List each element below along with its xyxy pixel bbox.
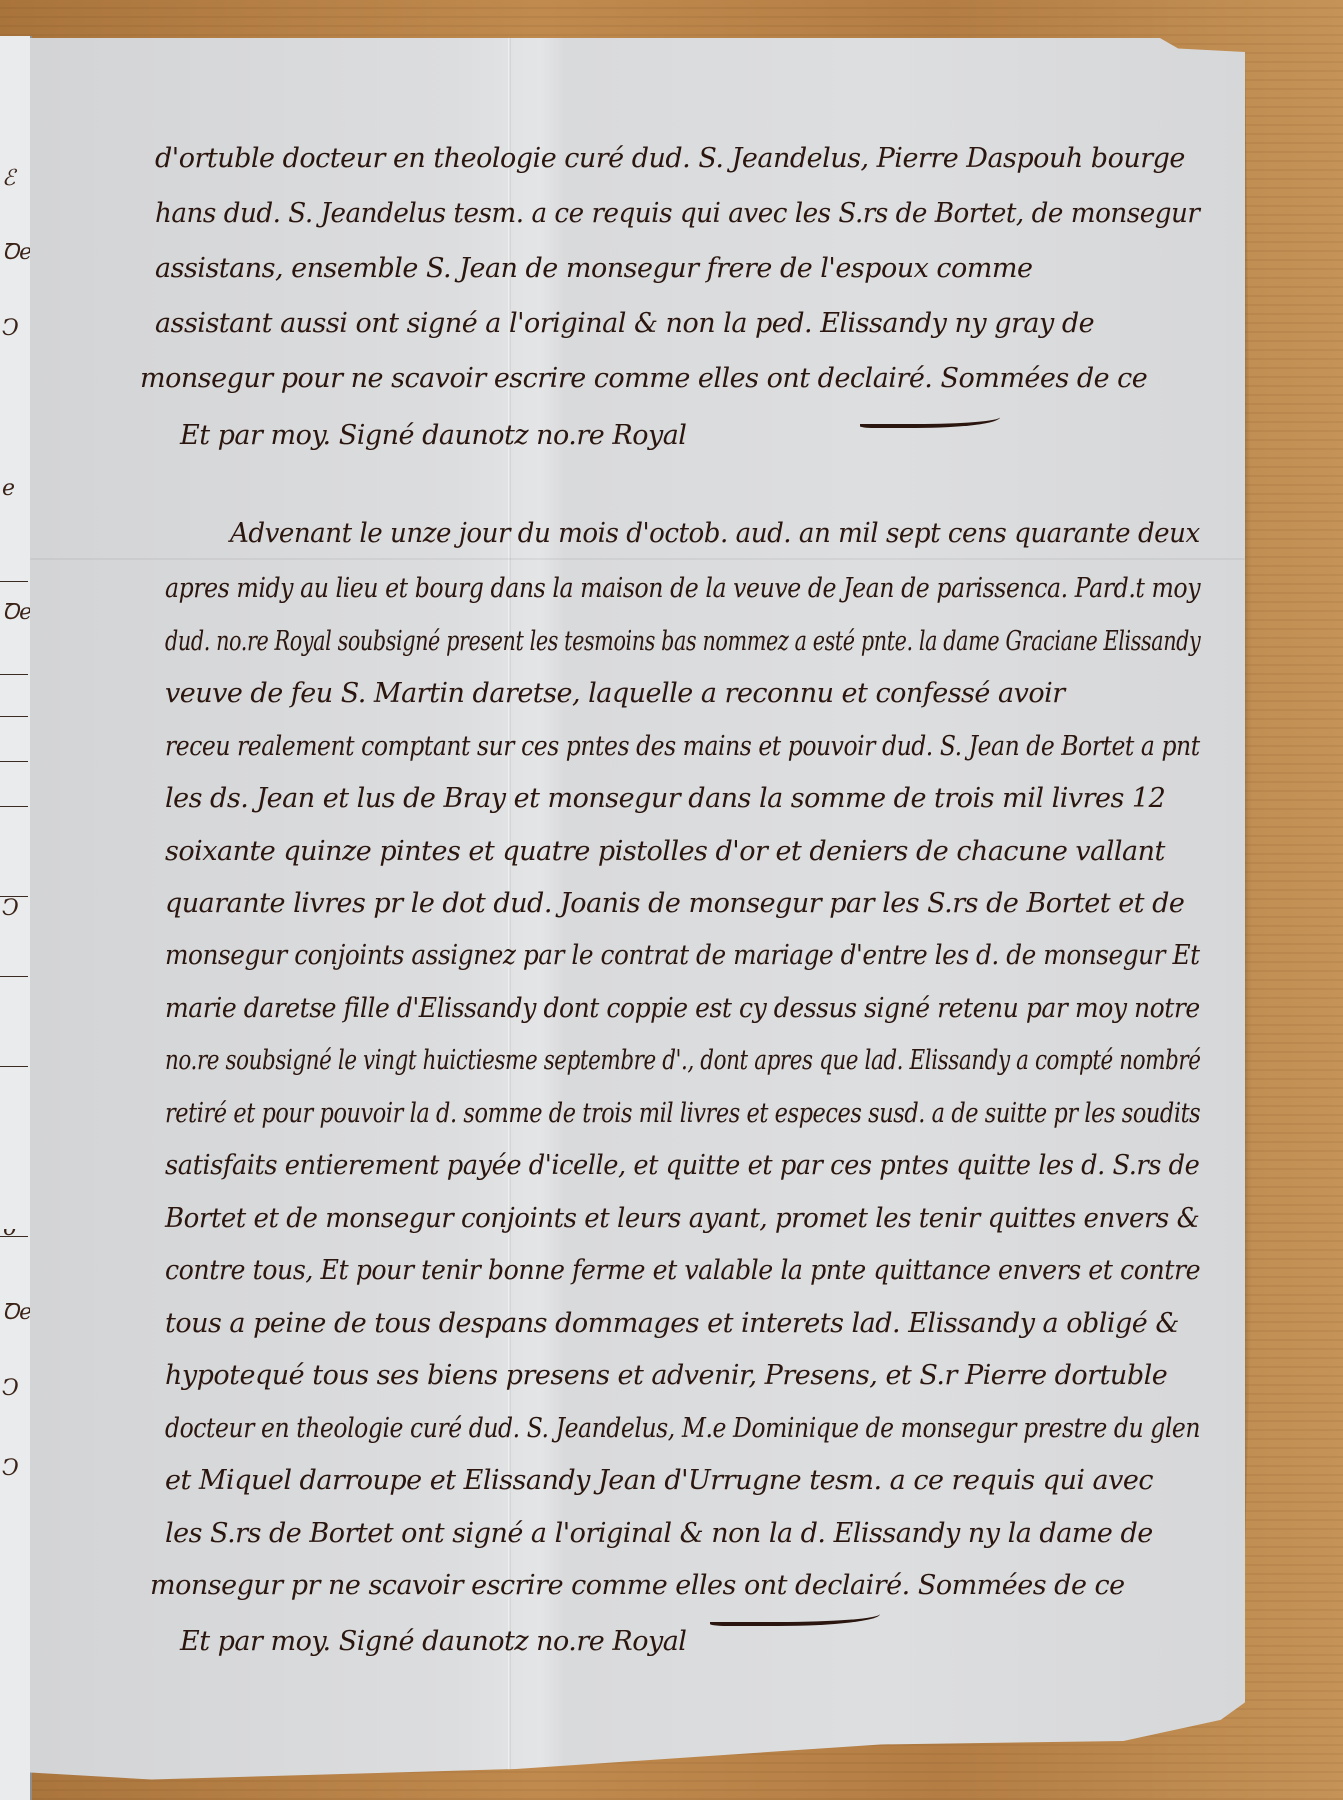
manuscript-line: soixante quinze pintes et quatre pistoll…	[165, 836, 1165, 867]
ruled-mark	[0, 674, 28, 675]
margin-glyph: Ꝺe	[2, 596, 32, 626]
margin-glyph: Ↄ	[2, 316, 19, 341]
margin-glyph: Ↄ	[2, 896, 19, 921]
ruled-mark	[0, 1066, 28, 1067]
manuscript-line: Bortet et de monsegur conjoints et leurs…	[165, 1203, 1199, 1234]
signature-line: Et par moy. Signé daunotz no.re Royal	[180, 1626, 686, 1657]
manuscript-page: d'ortuble docteur en theologie curé dud.…	[30, 38, 1245, 1790]
margin-glyph: Ꝺe	[2, 1296, 32, 1326]
ruled-mark	[0, 716, 28, 717]
manuscript-line: Advenant le unze jour du mois d'octob. a…	[230, 518, 1200, 549]
ruled-mark	[0, 806, 28, 807]
signature-flourish	[710, 1606, 880, 1626]
ruled-mark	[0, 976, 28, 977]
margin-glyph: ᴗ	[2, 1216, 15, 1241]
manuscript-line: satisfaits entierement payée d'icelle, e…	[165, 1150, 1199, 1181]
ruled-mark	[0, 581, 28, 582]
manuscript-line: hans dud. S. Jeandelus tesm. a ce requis…	[155, 198, 1199, 229]
manuscript-line: assistans, ensemble S. Jean de monsegur …	[155, 253, 1032, 284]
manuscript-line: apres midy au lieu et bourg dans la mais…	[165, 573, 1200, 604]
manuscript-line: veuve de feu S. Martin daretse, laquelle…	[165, 678, 1065, 709]
manuscript-line: les S.rs de Bortet ont signé a l'origina…	[165, 1518, 1153, 1549]
manuscript-line: les ds. Jean et lus de Bray et monsegur …	[165, 783, 1165, 814]
manuscript-line: contre tous, Et pour tenir bonne ferme e…	[165, 1255, 1200, 1286]
ruled-mark	[0, 761, 28, 762]
horizontal-fold-crease	[30, 558, 1245, 560]
manuscript-line: monsegur pr ne scavoir escrire comme ell…	[150, 1570, 1125, 1601]
manuscript-line: monsegur conjoints assignez par le contr…	[165, 940, 1200, 971]
manuscript-line: quarante livres pr le dot dud. Joanis de…	[165, 888, 1184, 919]
manuscript-line: monsegur pour ne scavoir escrire comme e…	[140, 363, 1147, 394]
manuscript-line: docteur en theologie curé dud. S. Jeande…	[165, 1413, 1200, 1444]
manuscript-line: no.re soubsigné le vingt huictiesme sept…	[165, 1045, 1201, 1076]
manuscript-line: d'ortuble docteur en theologie curé dud.…	[155, 143, 1185, 174]
manuscript-line: dud. no.re Royal soubsigné present les t…	[165, 626, 1200, 657]
manuscript-line: tous a peine de tous despans dommages et…	[165, 1308, 1179, 1339]
manuscript-line: receu realement comptant sur ces pntes d…	[165, 731, 1200, 762]
manuscript-line: marie daretse fille d'Elissandy dont cop…	[165, 993, 1200, 1024]
margin-glyph: Ↄ	[2, 1376, 19, 1401]
signature-flourish	[860, 410, 1000, 428]
manuscript-line: assistant aussi ont signé a l'original &…	[155, 308, 1094, 339]
manuscript-line: hypotequé tous ses biens presens et adve…	[165, 1360, 1167, 1391]
manuscript-line: et Miquel darroupe et Elissandy Jean d'U…	[165, 1465, 1153, 1496]
margin-glyph: Ꝺe	[2, 236, 32, 266]
margin-glyph: e	[2, 476, 15, 501]
manuscript-line: retiré et pour pouvoir la d. somme de tr…	[165, 1098, 1200, 1129]
margin-glyph: ℰ	[2, 166, 15, 191]
adjacent-page-edge: ℰ Ꝺe Ↄ e Ꝺe Ↄ ᴗ Ꝺe Ↄ Ↄ	[0, 36, 32, 1800]
signature-line: Et par moy. Signé daunotz no.re Royal	[180, 420, 686, 451]
margin-glyph: Ↄ	[2, 1456, 19, 1481]
